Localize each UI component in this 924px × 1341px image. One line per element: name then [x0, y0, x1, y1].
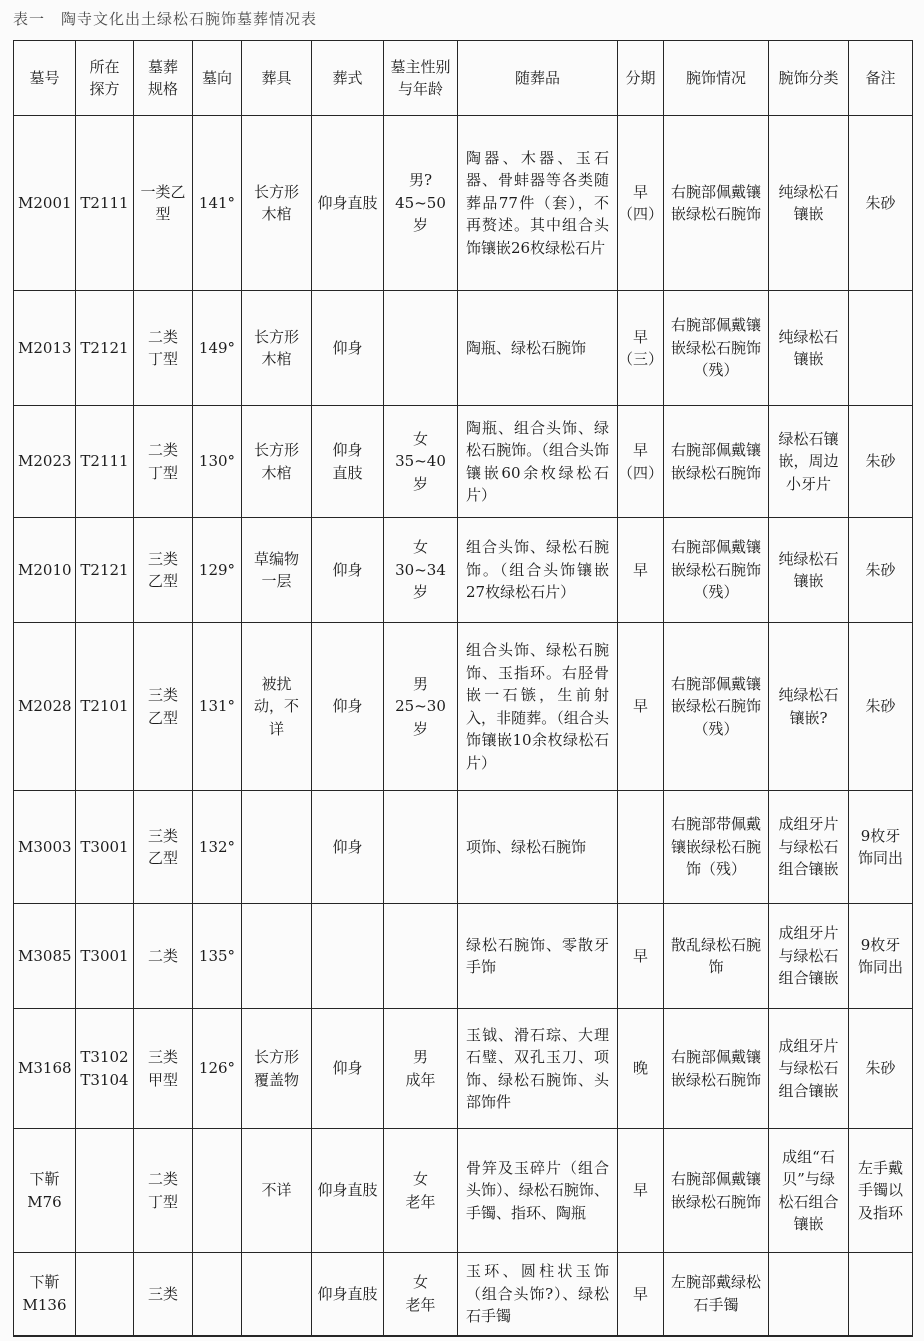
cell-burial-posture: 仰身 [312, 1009, 384, 1129]
cell-wrist-ornament-class: 纯绿松石 镶嵌 [769, 291, 849, 406]
cell-orientation: 126° [193, 1009, 242, 1129]
cell-excavation-square: T2111 [76, 406, 134, 518]
cell-wrist-ornament-condition: 右腕部佩戴镶 嵌绿松石腕饰 （残） [664, 291, 769, 406]
cell-burial-equipment: 长方形 木棺 [242, 406, 312, 518]
cell-grave-goods: 陶瓶、组合头饰、绿松石腕饰。（组合头饰镶嵌60余枚绿松石片） [458, 406, 618, 518]
cell-remarks [849, 291, 913, 406]
cell-excavation-square: T3102 T3104 [76, 1009, 134, 1129]
cell-sex-age: 女 老年 [384, 1129, 458, 1253]
cell-grave-goods: 绿松石腕饰、零散牙手饰 [458, 904, 618, 1009]
cell-orientation: 135° [193, 904, 242, 1009]
cell-tomb-number: M3085 [14, 904, 76, 1009]
cell-sex-age [384, 291, 458, 406]
cell-remarks: 朱砂 [849, 623, 913, 791]
cell-remarks: 9枚牙 饰同出 [849, 904, 913, 1009]
table-row: M2013T2121二类 丁型149°长方形 木棺仰身陶瓶、绿松石腕饰早 （三）… [14, 291, 913, 406]
cell-tomb-number: M2013 [14, 291, 76, 406]
table-header: 墓号所在 探方墓葬 规格墓向葬具葬式墓主性别 与年龄随葬品分期腕饰情况腕饰分类备… [14, 41, 913, 116]
cell-remarks: 9枚牙 饰同出 [849, 791, 913, 904]
cell-tomb-spec: 二类 丁型 [134, 406, 193, 518]
header-burial-equipment: 葬具 [242, 41, 312, 116]
cell-tomb-spec: 一类乙 型 [134, 116, 193, 291]
cell-wrist-ornament-class: 纯绿松石 镶嵌 [769, 116, 849, 291]
header-orientation: 墓向 [193, 41, 242, 116]
cell-tomb-number: M3003 [14, 791, 76, 904]
cell-tomb-spec: 二类 丁型 [134, 1129, 193, 1253]
cell-remarks [849, 1253, 913, 1336]
cell-tomb-spec: 二类 [134, 904, 193, 1009]
cell-sex-age: 男 成年 [384, 1009, 458, 1129]
header-row: 墓号所在 探方墓葬 规格墓向葬具葬式墓主性别 与年龄随葬品分期腕饰情况腕饰分类备… [14, 41, 913, 116]
cell-tomb-spec: 三类 [134, 1253, 193, 1336]
cell-orientation [193, 1253, 242, 1336]
cell-burial-equipment: 长方形 木棺 [242, 116, 312, 291]
cell-tomb-spec: 二类 丁型 [134, 291, 193, 406]
header-wrist-ornament-class: 腕饰分类 [769, 41, 849, 116]
cell-wrist-ornament-class: 绿松石镶 嵌，周边 小牙片 [769, 406, 849, 518]
cell-period: 早 [618, 904, 664, 1009]
cell-sex-age [384, 904, 458, 1009]
cell-period: 早 （四） [618, 116, 664, 291]
cell-excavation-square: T2121 [76, 518, 134, 623]
cell-burial-posture: 仰身 [312, 791, 384, 904]
header-tomb-number: 墓号 [14, 41, 76, 116]
cell-orientation: 131° [193, 623, 242, 791]
cell-grave-goods: 玉环、圆柱状玉饰（组合头饰?）、绿松石手镯 [458, 1253, 618, 1336]
cell-wrist-ornament-class: 纯绿松石 镶嵌? [769, 623, 849, 791]
cell-wrist-ornament-class [769, 1253, 849, 1336]
cell-tomb-number: M2023 [14, 406, 76, 518]
cell-remarks: 朱砂 [849, 518, 913, 623]
header-grave-goods: 随葬品 [458, 41, 618, 116]
header-tomb-spec: 墓葬 规格 [134, 41, 193, 116]
table-row: M2010T2121三类 乙型129°草编物 一层仰身女 30~34岁组合头饰、… [14, 518, 913, 623]
cell-burial-posture: 仰身 [312, 623, 384, 791]
cell-tomb-number: 下靳 M136 [14, 1253, 76, 1336]
table-body: M2001T2111一类乙 型141°长方形 木棺仰身直肢男? 45~50岁陶器… [14, 116, 913, 1336]
cell-sex-age: 男 25~30岁 [384, 623, 458, 791]
cell-wrist-ornament-condition: 左腕部戴绿松 石手镯 [664, 1253, 769, 1336]
page-title: 表一 陶寺文化出土绿松石腕饰墓葬情况表 [13, 8, 317, 29]
cell-period: 早 [618, 1253, 664, 1336]
cell-grave-goods: 组合头饰、绿松石腕饰、玉指环。右胫骨嵌一石镞，生前射入，非随葬。（组合头饰镶嵌1… [458, 623, 618, 791]
cell-wrist-ornament-class: 成组牙片 与绿松石 组合镶嵌 [769, 1009, 849, 1129]
table-row: 下靳 M136三类仰身直肢女 老年玉环、圆柱状玉饰（组合头饰?）、绿松石手镯早左… [14, 1253, 913, 1336]
cell-tomb-number: M3168 [14, 1009, 76, 1129]
cell-burial-equipment [242, 1253, 312, 1336]
cell-burial-posture: 仰身直肢 [312, 116, 384, 291]
cell-tomb-spec: 三类 乙型 [134, 623, 193, 791]
cell-grave-goods: 项饰、绿松石腕饰 [458, 791, 618, 904]
cell-sex-age: 女 30~34岁 [384, 518, 458, 623]
cell-burial-equipment: 被扰 动，不 详 [242, 623, 312, 791]
cell-excavation-square [76, 1129, 134, 1253]
header-excavation-square: 所在 探方 [76, 41, 134, 116]
cell-wrist-ornament-condition: 右腕部佩戴镶 嵌绿松石腕饰 [664, 116, 769, 291]
cell-orientation: 132° [193, 791, 242, 904]
cell-excavation-square: T2121 [76, 291, 134, 406]
cell-tomb-spec: 三类 乙型 [134, 518, 193, 623]
cell-tomb-number: 下靳 M76 [14, 1129, 76, 1253]
cell-wrist-ornament-class: 成组牙片 与绿松石 组合镶嵌 [769, 791, 849, 904]
cell-period: 早 [618, 518, 664, 623]
table-row: M3003T3001三类 乙型132°仰身项饰、绿松石腕饰右腕部带佩戴 镶嵌绿松… [14, 791, 913, 904]
cell-tomb-spec: 三类 甲型 [134, 1009, 193, 1129]
cell-wrist-ornament-condition: 散乱绿松石腕 饰 [664, 904, 769, 1009]
cell-remarks: 左手戴 手镯以 及指环 [849, 1129, 913, 1253]
cell-sex-age: 男? 45~50岁 [384, 116, 458, 291]
header-sex-age: 墓主性别 与年龄 [384, 41, 458, 116]
cell-sex-age: 女 老年 [384, 1253, 458, 1336]
cell-wrist-ornament-condition: 右腕部带佩戴 镶嵌绿松石腕 饰（残） [664, 791, 769, 904]
cell-orientation: 129° [193, 518, 242, 623]
cell-wrist-ornament-condition: 右腕部佩戴镶 嵌绿松石腕饰 [664, 406, 769, 518]
cell-burial-posture [312, 904, 384, 1009]
cell-tomb-spec: 三类 乙型 [134, 791, 193, 904]
cell-period: 晚 [618, 1009, 664, 1129]
cell-burial-posture: 仰身 直肢 [312, 406, 384, 518]
header-remarks: 备注 [849, 41, 913, 116]
cell-grave-goods: 玉钺、滑石琮、大理石璧、双孔玉刀、项饰、绿松石腕饰、头部饰件 [458, 1009, 618, 1129]
table-row: M3168T3102 T3104三类 甲型126°长方形 覆盖物仰身男 成年玉钺… [14, 1009, 913, 1129]
cell-wrist-ornament-class: 成组牙片 与绿松石 组合镶嵌 [769, 904, 849, 1009]
cell-tomb-number: M2001 [14, 116, 76, 291]
cell-tomb-number: M2028 [14, 623, 76, 791]
cell-period: 早 [618, 1129, 664, 1253]
cell-period [618, 791, 664, 904]
cell-burial-equipment [242, 904, 312, 1009]
cell-burial-posture: 仰身直肢 [312, 1253, 384, 1336]
cell-period: 早 （三） [618, 291, 664, 406]
cell-tomb-number: M2010 [14, 518, 76, 623]
cell-excavation-square: T2101 [76, 623, 134, 791]
cell-grave-goods: 骨笄及玉碎片（组合头饰）、绿松石腕饰、手镯、指环、陶瓶 [458, 1129, 618, 1253]
cell-burial-posture: 仰身 [312, 291, 384, 406]
table-row: M2001T2111一类乙 型141°长方形 木棺仰身直肢男? 45~50岁陶器… [14, 116, 913, 291]
cell-remarks: 朱砂 [849, 116, 913, 291]
cell-orientation [193, 1129, 242, 1253]
cell-grave-goods: 陶瓶、绿松石腕饰 [458, 291, 618, 406]
cell-wrist-ornament-condition: 右腕部佩戴镶 嵌绿松石腕饰 [664, 1009, 769, 1129]
cell-orientation: 130° [193, 406, 242, 518]
cell-grave-goods: 组合头饰、绿松石腕饰。（组合头饰镶嵌27枚绿松石片） [458, 518, 618, 623]
cell-sex-age: 女 35~40岁 [384, 406, 458, 518]
header-burial-posture: 葬式 [312, 41, 384, 116]
table-row: 下靳 M76二类 丁型不详仰身直肢女 老年骨笄及玉碎片（组合头饰）、绿松石腕饰、… [14, 1129, 913, 1253]
cell-burial-posture: 仰身 [312, 518, 384, 623]
cell-orientation: 149° [193, 291, 242, 406]
cell-burial-posture: 仰身直肢 [312, 1129, 384, 1253]
table-row: M2028T2101三类 乙型131°被扰 动，不 详仰身男 25~30岁组合头… [14, 623, 913, 791]
cell-burial-equipment [242, 791, 312, 904]
cell-sex-age [384, 791, 458, 904]
cell-wrist-ornament-condition: 右腕部佩戴镶 嵌绿松石腕饰 [664, 1129, 769, 1253]
header-wrist-ornament-condition: 腕饰情况 [664, 41, 769, 116]
cell-excavation-square: T2111 [76, 116, 134, 291]
cell-burial-equipment: 长方形 木棺 [242, 291, 312, 406]
cell-burial-equipment: 草编物 一层 [242, 518, 312, 623]
table-row: M2023T2111二类 丁型130°长方形 木棺仰身 直肢女 35~40岁陶瓶… [14, 406, 913, 518]
burials-table: 墓号所在 探方墓葬 规格墓向葬具葬式墓主性别 与年龄随葬品分期腕饰情况腕饰分类备… [13, 40, 913, 1337]
cell-wrist-ornament-class: 成组“石 贝”与绿 松石组合 镶嵌 [769, 1129, 849, 1253]
cell-burial-equipment: 长方形 覆盖物 [242, 1009, 312, 1129]
cell-period: 早 [618, 623, 664, 791]
cell-burial-equipment: 不详 [242, 1129, 312, 1253]
table-row: M3085T3001二类135°绿松石腕饰、零散牙手饰早散乱绿松石腕 饰成组牙片… [14, 904, 913, 1009]
cell-grave-goods: 陶器、木器、玉石器、骨蚌器等各类随葬品77件（套），不再赘述。其中组合头饰镶嵌2… [458, 116, 618, 291]
cell-excavation-square: T3001 [76, 904, 134, 1009]
cell-wrist-ornament-condition: 右腕部佩戴镶 嵌绿松石腕饰 （残） [664, 518, 769, 623]
cell-remarks: 朱砂 [849, 406, 913, 518]
cell-excavation-square [76, 1253, 134, 1336]
cell-wrist-ornament-class: 纯绿松石 镶嵌 [769, 518, 849, 623]
cell-wrist-ornament-condition: 右腕部佩戴镶 嵌绿松石腕饰 （残） [664, 623, 769, 791]
header-period: 分期 [618, 41, 664, 116]
page: 表一 陶寺文化出土绿松石腕饰墓葬情况表 墓号所在 探方墓葬 规格墓向葬具葬式墓主… [0, 0, 924, 1341]
cell-remarks: 朱砂 [849, 1009, 913, 1129]
cell-period: 早 （四） [618, 406, 664, 518]
cell-excavation-square: T3001 [76, 791, 134, 904]
cell-orientation: 141° [193, 116, 242, 291]
